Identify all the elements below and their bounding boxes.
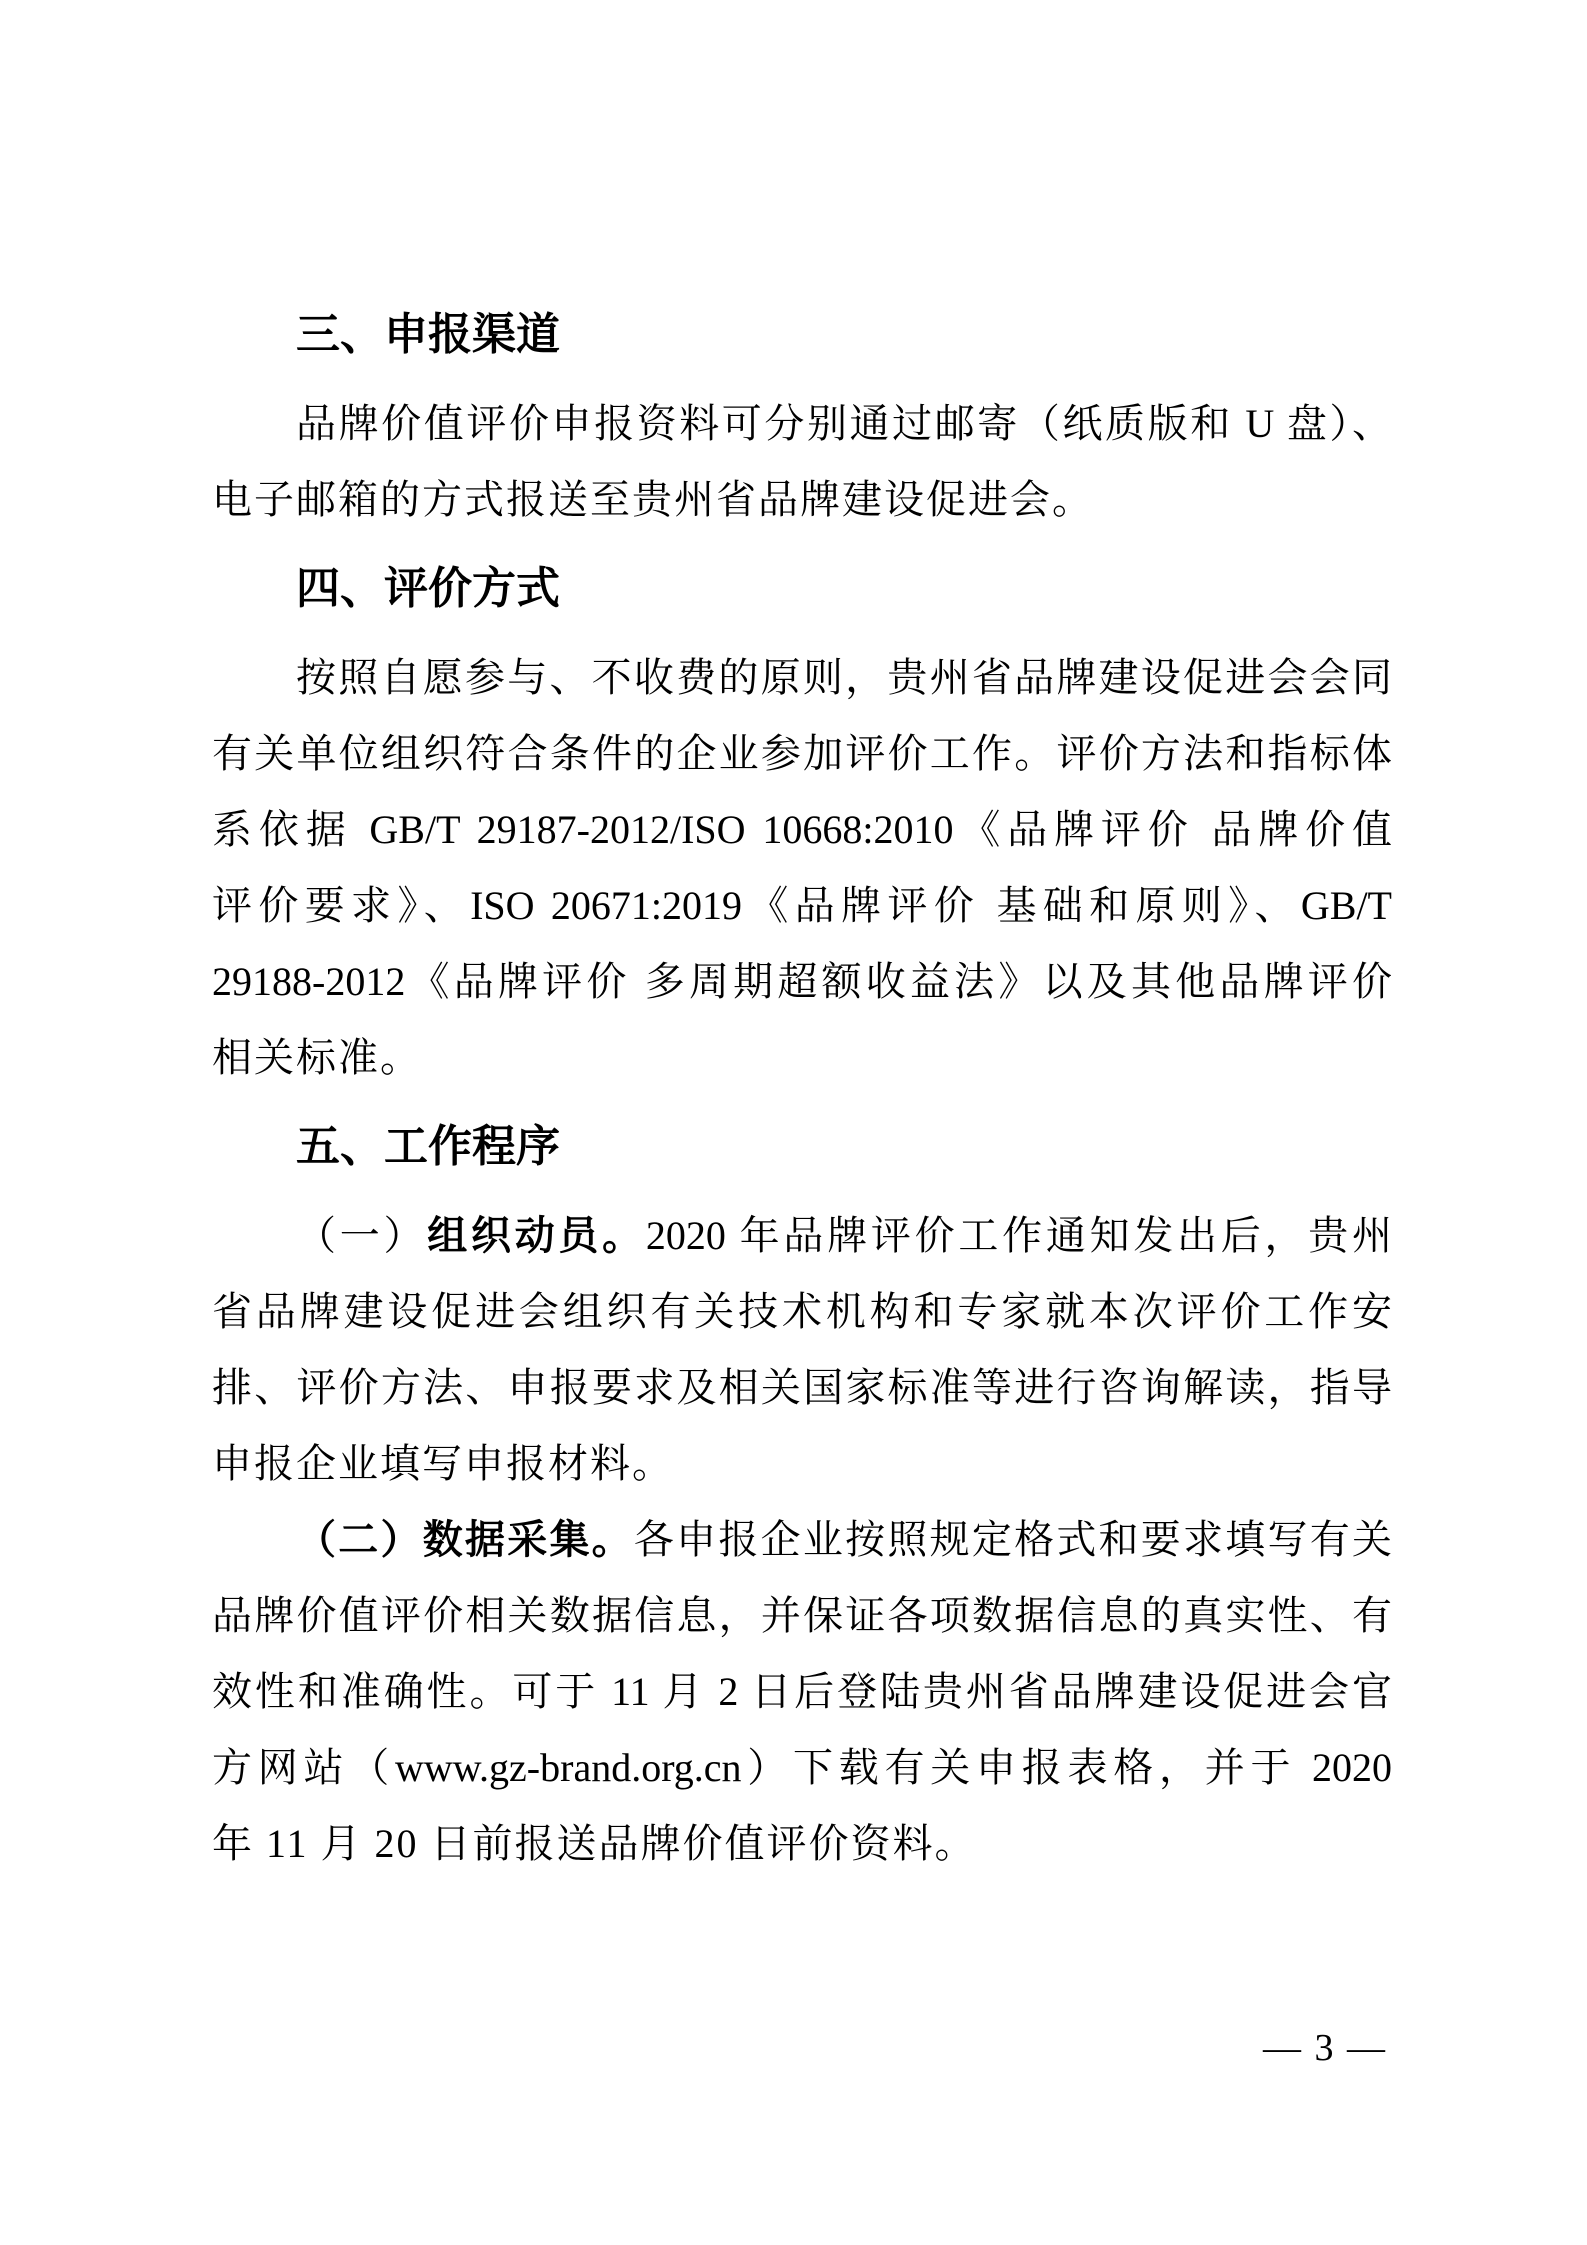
paragraph-evaluation-method: 按照自愿参与、不收费的原则，贵州省品牌建设促进会会同 有关单位组织符合条件的企业… (212, 640, 1392, 1096)
paragraph-work-step-2: （二）数据采集。各申报企业按照规定格式和要求填写有关 品牌价值评价相关数据信息，… (212, 1502, 1392, 1882)
body-text: 各申报企业按照规定格式和要求填写有关 (634, 1517, 1392, 1562)
body-line: 省品牌建设促进会组织有关技术机构和专家就本次评价工作安 (212, 1274, 1392, 1350)
page-number: — 3 — (1263, 2026, 1387, 2070)
section-heading-3: 三、申报渠道 (212, 297, 1392, 373)
body-line: 29188-2012《品牌评价 多周期超额收益法》以及其他品牌评价 (212, 944, 1392, 1020)
body-line: 电子邮箱的方式报送至贵州省品牌建设促进会。 (212, 462, 1392, 538)
body-line: 品牌价值评价相关数据信息，并保证各项数据信息的真实性、有 (212, 1578, 1392, 1654)
document-body: 三、申报渠道 品牌价值评价申报资料可分别通过邮寄（纸质版和 U 盘）、 电子邮箱… (212, 284, 1392, 1882)
body-line: （一）组织动员。2020 年品牌评价工作通知发出后，贵州 (212, 1198, 1392, 1274)
body-line: 相关标准。 (212, 1020, 1392, 1096)
list-item-number: （一） (296, 1213, 427, 1258)
section-heading-5: 五、工作程序 (212, 1109, 1392, 1185)
list-item-title: 组织动员。 (427, 1213, 646, 1258)
body-line: 排、评价方法、申报要求及相关国家标准等进行咨询解读，指导 (212, 1350, 1392, 1426)
body-line: 年 11 月 20 日前报送品牌价值评价资料。 (212, 1806, 1392, 1882)
body-line: 评价要求》、ISO 20671:2019《品牌评价 基础和原则》、GB/T (212, 868, 1392, 944)
body-line: 申报企业填写申报材料。 (212, 1426, 1392, 1502)
body-line: 系依据 GB/T 29187-2012/ISO 10668:2010《品牌评价 … (212, 792, 1392, 868)
body-line: 有关单位组织符合条件的企业参加评价工作。评价方法和指标体 (212, 716, 1392, 792)
body-line: 按照自愿参与、不收费的原则，贵州省品牌建设促进会会同 (212, 640, 1392, 716)
body-line: 方网站（www.gz-brand.org.cn）下载有关申报表格，并于 2020 (212, 1730, 1392, 1806)
list-item-title: （二）数据采集。 (296, 1517, 634, 1562)
paragraph-application-channel: 品牌价值评价申报资料可分别通过邮寄（纸质版和 U 盘）、 电子邮箱的方式报送至贵… (212, 386, 1392, 538)
body-line: 品牌价值评价申报资料可分别通过邮寄（纸质版和 U 盘）、 (212, 386, 1392, 462)
body-line: 效性和准确性。可于 11 月 2 日后登陆贵州省品牌建设促进会官 (212, 1654, 1392, 1730)
section-heading-4: 四、评价方式 (212, 551, 1392, 627)
paragraph-work-step-1: （一）组织动员。2020 年品牌评价工作通知发出后，贵州 省品牌建设促进会组织有… (212, 1198, 1392, 1502)
body-line: （二）数据采集。各申报企业按照规定格式和要求填写有关 (212, 1502, 1392, 1578)
document-page: 三、申报渠道 品牌价值评价申报资料可分别通过邮寄（纸质版和 U 盘）、 电子邮箱… (0, 0, 1587, 2245)
body-text: 2020 年品牌评价工作通知发出后，贵州 (646, 1213, 1392, 1258)
